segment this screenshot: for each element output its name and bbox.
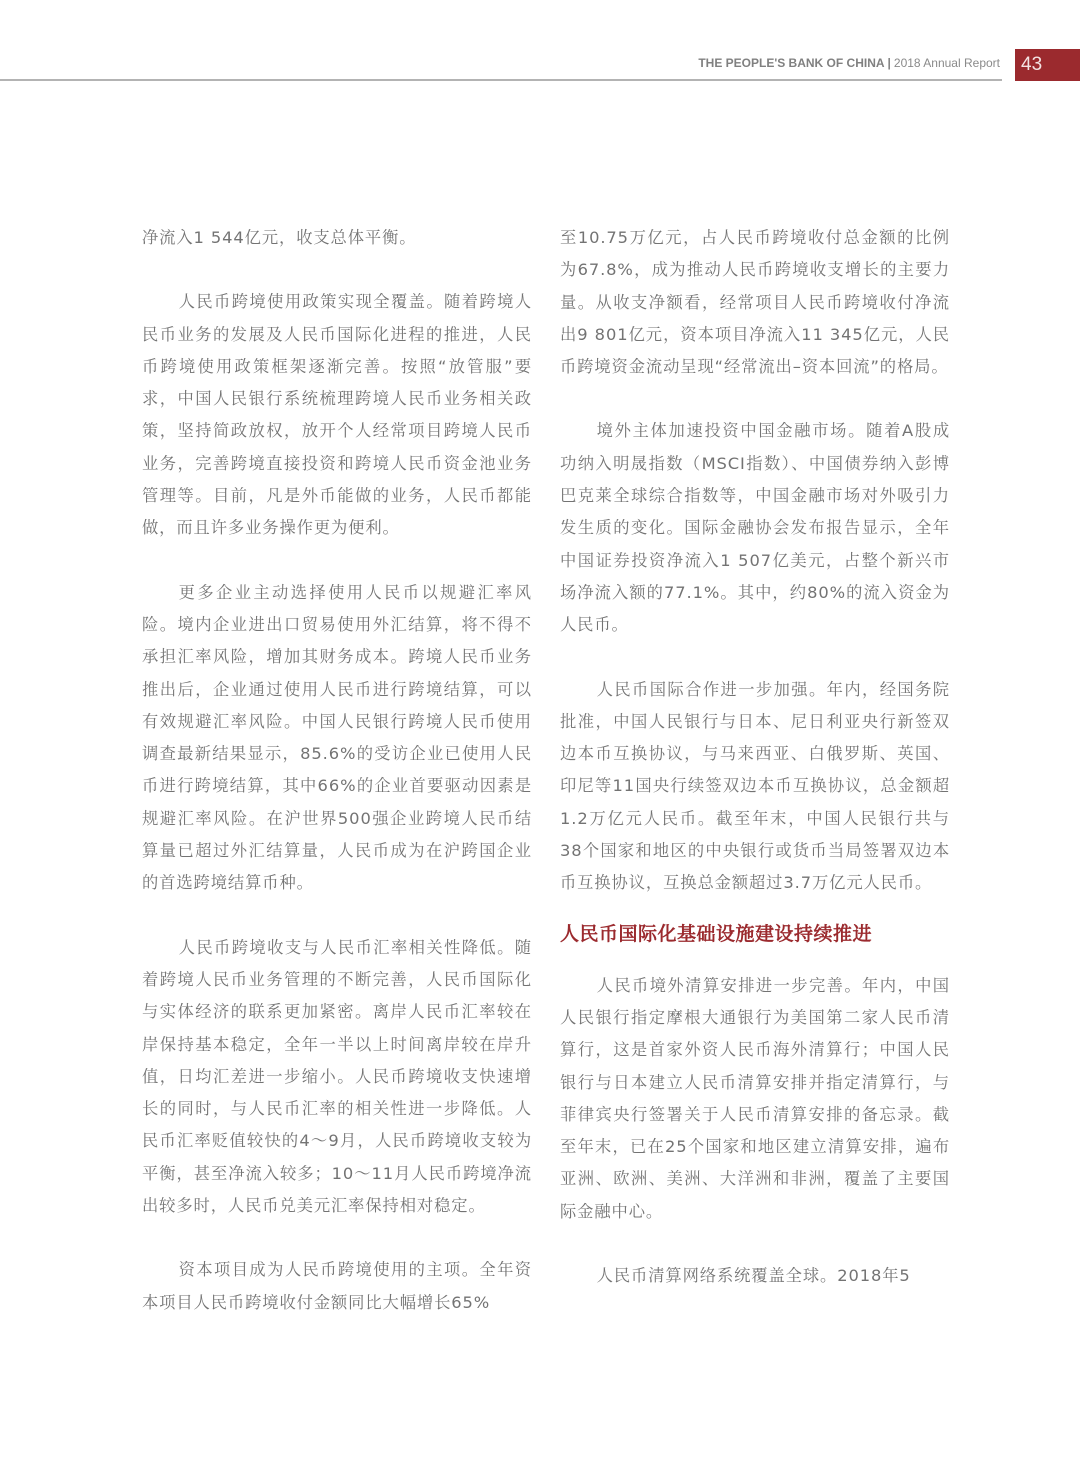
report-title: 2018 Annual Report [894, 56, 1000, 70]
paragraph: 人民币跨境使用政策实现全覆盖。随着跨境人民币业务的发展及人民币国际化进程的推进，… [142, 286, 532, 544]
running-header: THE PEOPLE'S BANK OF CHINA|2018 Annual R… [698, 56, 1000, 70]
paragraph: 人民币跨境收支与人民币汇率相关性降低。随着跨境人民币业务管理的不断完善，人民币国… [142, 932, 532, 1223]
paragraph: 资本项目成为人民币跨境使用的主项。全年资本项目人民币跨境收付金额同比大幅增长65… [142, 1254, 532, 1319]
section-heading: 人民币国际化基础设施建设持续推进 [560, 920, 950, 948]
page-header: THE PEOPLE'S BANK OF CHINA|2018 Annual R… [0, 0, 1080, 90]
right-column: 至10.75万亿元，占人民币跨境收付总金额的比例为67.8%，成为推动人民币跨境… [560, 222, 950, 1324]
paragraph: 至10.75万亿元，占人民币跨境收付总金额的比例为67.8%，成为推动人民币跨境… [560, 222, 950, 383]
header-separator: | [888, 56, 891, 70]
organization-name: THE PEOPLE'S BANK OF CHINA [698, 56, 884, 70]
header-divider [0, 79, 1002, 81]
paragraph: 境外主体加速投资中国金融市场。随着A股成功纳入明晟指数（MSCI指数）、中国债券… [560, 415, 950, 641]
left-column: 净流入1 544亿元，收支总体平衡。 人民币跨境使用政策实现全覆盖。随着跨境人民… [142, 222, 532, 1351]
page-number: 43 [1015, 49, 1080, 81]
paragraph: 人民币境外清算安排进一步完善。年内，中国人民银行指定摩根大通银行为美国第二家人民… [560, 970, 950, 1228]
paragraph: 净流入1 544亿元，收支总体平衡。 [142, 222, 532, 254]
paragraph: 更多企业主动选择使用人民币以规避汇率风险。境内企业进出口贸易使用外汇结算，将不得… [142, 577, 532, 900]
paragraph: 人民币国际合作进一步加强。年内，经国务院批准，中国人民银行与日本、尼日利亚央行新… [560, 674, 950, 900]
paragraph: 人民币清算网络系统覆盖全球。2018年5 [560, 1260, 950, 1292]
